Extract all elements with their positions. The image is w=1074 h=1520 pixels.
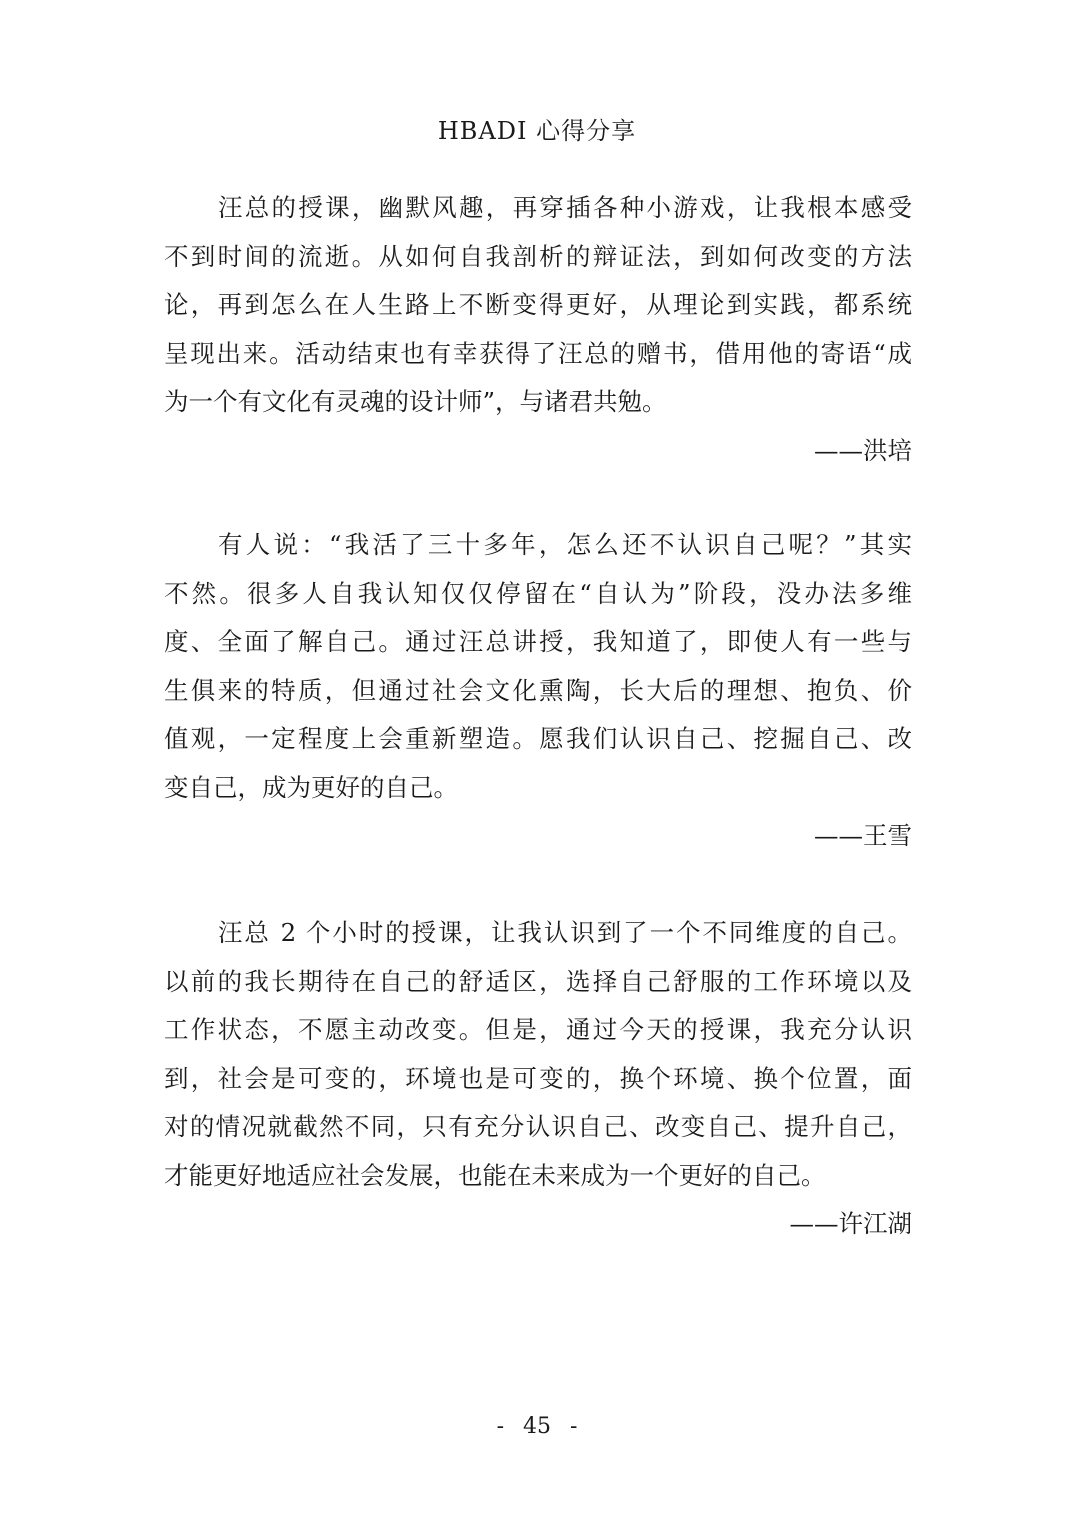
paragraph-line: 呈现出来。活动结束也有幸获得了汪总的赠书，借用他的寄语“成 <box>164 330 912 379</box>
document-page: HBADI 心得分享 汪总的授课，幽默风趣，再穿插各种小游戏，让我根本感受 不到… <box>0 0 1074 1520</box>
author-signature: ——洪培 <box>164 427 912 476</box>
page-number-value: 45 <box>523 1414 551 1439</box>
page-title: HBADI 心得分享 <box>0 113 1074 149</box>
paragraph-line: 不然。很多人自我认知仅仅停留在“自认为”阶段，没办法多维 <box>164 570 912 619</box>
author-signature: ——许江湖 <box>164 1200 912 1249</box>
paragraph-line: 论，再到怎么在人生路上不断变得更好，从理论到实践，都系统 <box>164 281 912 330</box>
paragraph-line: 汪总的授课，幽默风趣，再穿插各种小游戏，让我根本感受 <box>164 184 912 233</box>
paragraph-line: 度、全面了解自己。通过汪总讲授，我知道了，即使人有一些与 <box>164 618 912 667</box>
page-number-left-dash: - <box>497 1412 504 1442</box>
paragraph-line: 值观，一定程度上会重新塑造。愿我们认识自己、挖掘自己、改 <box>164 715 912 764</box>
paragraph-line: 才能更好地适应社会发展，也能在未来成为一个更好的自己。 <box>164 1152 912 1201</box>
paragraph-line: 汪总 2 个小时的授课，让我认识到了一个不同维度的自己。 <box>164 909 912 958</box>
paragraph-line: 工作状态，不愿主动改变。但是，通过今天的授课，我充分认识 <box>164 1006 912 1055</box>
paragraph-line: 到，社会是可变的，环境也是可变的，换个环境、换个位置，面 <box>164 1055 912 1104</box>
testimonial-section-1: 汪总的授课，幽默风趣，再穿插各种小游戏，让我根本感受 不到时间的流逝。从如何自我… <box>164 184 912 475</box>
paragraph-line: 以前的我长期待在自己的舒适区，选择自己舒服的工作环境以及 <box>164 958 912 1007</box>
testimonial-section-3: 汪总 2 个小时的授课，让我认识到了一个不同维度的自己。 以前的我长期待在自己的… <box>164 909 912 1249</box>
paragraph-line: 对的情况就截然不同，只有充分认识自己、改变自己、提升自己， <box>164 1103 912 1152</box>
paragraph-line: 有人说：“我活了三十多年，怎么还不认识自己呢？”其实 <box>164 521 912 570</box>
testimonial-section-2: 有人说：“我活了三十多年，怎么还不认识自己呢？”其实 不然。很多人自我认知仅仅停… <box>164 521 912 861</box>
page-number: - 45 - <box>0 1412 1074 1442</box>
paragraph-line: 不到时间的流逝。从如何自我剖析的辩证法，到如何改变的方法 <box>164 233 912 282</box>
paragraph-line: 变自己，成为更好的自己。 <box>164 764 912 813</box>
page-number-right-dash: - <box>570 1412 577 1442</box>
author-signature: ——王雪 <box>164 812 912 861</box>
paragraph-line: 生俱来的特质，但通过社会文化熏陶，长大后的理想、抱负、价 <box>164 667 912 716</box>
paragraph-line: 为一个有文化有灵魂的设计师”，与诸君共勉。 <box>164 378 912 427</box>
